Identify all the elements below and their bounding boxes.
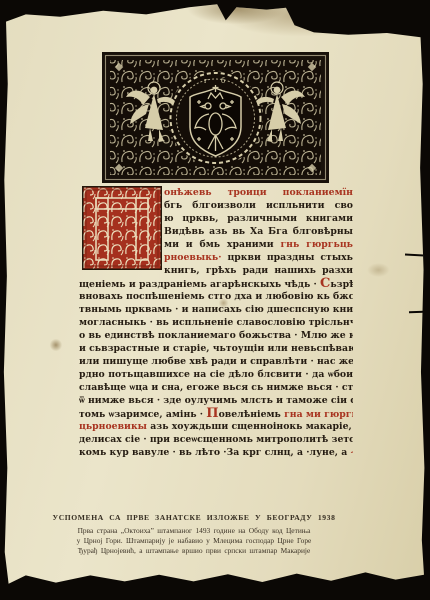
colophon-line: книгь, грѣхь ради нашихь разхи (164, 264, 353, 277)
svg-text:г: г (204, 77, 208, 85)
caption-title: УСПОМЕНА СА ПРВЕ ЗАНАТСКЕ ИЗЛОЖБЕ У БЕОГ… (38, 513, 350, 522)
colophon-line: бгь блгоизволи испльнити сво (164, 199, 353, 212)
colophon-line: цьрноевикы азь хоуждьши сщенноінокь мака… (79, 420, 353, 433)
colophon-line: онѣжевь троици покланиемїн (164, 186, 353, 199)
caption-line: Ђурађ Црнојевић, а штампање вршио први с… (38, 546, 350, 556)
colophon-text: онѣжевь троици покланиемїн бгь блгоизвол… (79, 186, 353, 459)
colophon-line: ѿ нимже вься · зде оулучимь млсть и тамо… (79, 394, 353, 407)
colophon-line: ю црквь, различными книгами (164, 212, 353, 225)
colophon-line: комь кур вавуле · вь лѣто ·За крг слнц, … (79, 446, 353, 459)
paper-tear-mark (409, 311, 425, 314)
colophon-line: твнымь црквамь · и написахь сію дшеспсну… (79, 303, 353, 316)
colophon-line: рдно потьщавшихсе на сіе дѣло блсвити · … (79, 368, 353, 381)
photo-backdrop: г б (0, 0, 430, 600)
colophon-line: могласныкь · вь испльненіе славословію т… (79, 316, 353, 329)
paper-page: г б (0, 0, 430, 600)
colophon-line: делисах сіе · при всеѡсщенномь митрополи… (79, 433, 353, 446)
colophon-line: щеніемь и раздраніемь агарѣнскыхь чѣдь ·… (79, 277, 353, 290)
colophon-line: рноевыкь· цркви праздны стыхь (164, 251, 353, 264)
colophon-line: ми и бмь храними гнь гюргьць (164, 238, 353, 251)
colophon-line: славѣще ѡца и сна, егоже вься сь нимже в… (79, 381, 353, 394)
headpiece-woodcut: г б (102, 52, 329, 183)
colophon-line: или пишуще любве хвѣ ради и справлѣти · … (79, 355, 353, 368)
colophon-line: Видѣвь азь вь Ха Бга блговѣрны (164, 225, 353, 238)
end-flourish-icon: ⁓ (350, 447, 353, 458)
colophon-line: и сьвзрастные и старіе, чьтоущіи или нев… (79, 342, 353, 355)
paper-tear-mark (405, 253, 425, 256)
caption-line: Прва страна „Октоиха” штампаног 1493 год… (38, 526, 350, 536)
caption-line: у Црној Гори. Штампарију је набавио у Мл… (38, 536, 350, 546)
caption: УСПОМЕНА СА ПРВЕ ЗАНАТСКЕ ИЗЛОЖБЕ У БЕОГ… (38, 513, 350, 556)
colophon-line: о вь единствѣ покланиемаго божьства · Мл… (79, 329, 353, 342)
colophon-line: томь ѡзаримсе, амінь · Повелѣніемь гна м… (79, 407, 353, 420)
colophon-line: вновахь поспѣшеніемь стго дха и любовію … (79, 290, 353, 303)
svg-text:б: б (221, 77, 225, 85)
